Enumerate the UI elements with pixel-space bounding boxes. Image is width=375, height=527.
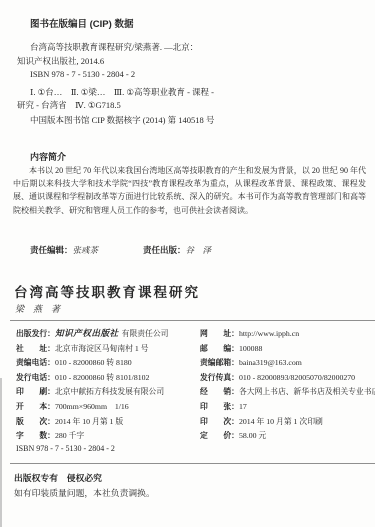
- row-value: 280 千字: [55, 429, 84, 444]
- row-label: 字 数：: [16, 429, 55, 444]
- cip-classification-line1: Ⅰ. ①台… Ⅱ. ①梁… Ⅲ. ①高等职业教育 - 课程 -: [30, 86, 214, 98]
- row-value: 北京市海淀区马甸南村 1 号: [55, 342, 149, 357]
- copyright-page: 图书在版编目 (CIP) 数据 台湾高等技职教育课程研究/梁燕著. —北京： 知…: [0, 0, 375, 527]
- editor-credit: 责任编辑：张彧茶: [30, 244, 98, 256]
- quality-notice: 如有印装质量问题，本社负责调换。: [14, 486, 155, 499]
- publisher-label: 责任出版：: [143, 245, 186, 255]
- abstract-header: 内容简介: [30, 150, 66, 163]
- row-label: 发行传真：: [200, 371, 239, 386]
- table-row: 出版发行： 知识产权出版社 有限责任公司 网 址： http://www.ipp…: [16, 327, 372, 342]
- isbn-bottom: ISBN 978 - 7 - 5130 - 2804 - 2: [16, 444, 115, 453]
- row-value: 010 - 82000893/82005070/82000270: [239, 371, 355, 386]
- row-label: 责编电话：: [16, 356, 55, 371]
- cip-publisher-line: 知识产权出版社, 2014.6: [17, 55, 104, 67]
- row-label: 开 本：: [16, 400, 55, 415]
- cip-header: 图书在版编目 (CIP) 数据: [30, 16, 133, 30]
- row-label: 责编邮箱：: [200, 356, 239, 371]
- cip-title-line: 台湾高等技职教育课程研究/梁燕著. —北京：: [30, 41, 198, 53]
- table-row: 责编电话： 010 - 82000860 转 8180 责编邮箱： baina3…: [16, 356, 372, 371]
- row-label: 经 销：: [200, 385, 239, 400]
- row-value: 010 - 82000860 转 8101/8102: [55, 371, 149, 386]
- row-value: 010 - 82000860 转 8180: [55, 356, 132, 371]
- row-label: 印 张：: [200, 400, 239, 415]
- row-value: 2014 年 10 月第 1 版: [55, 415, 123, 430]
- row-value: 700mm×960mm 1/16: [55, 400, 129, 415]
- cip-classification-line2: 研究 - 台湾省 Ⅳ. ①G718.5: [17, 99, 121, 111]
- cip-isbn: ISBN 978 - 7 - 5130 - 2804 - 2: [30, 69, 135, 79]
- scan-edge-shadow: [0, 378, 2, 527]
- row-value: 各大网上书店、新华书店及相关专业书店: [239, 385, 375, 400]
- table-row: 字 数： 280 千字 定 价： 58.00 元: [16, 429, 372, 444]
- divider-top: [10, 320, 375, 321]
- divider-bottom: [10, 463, 375, 464]
- row-label: 定 价：: [200, 429, 239, 444]
- publisher-signature: 知识产权出版社: [55, 327, 119, 342]
- editor-name: 张彧茶: [73, 245, 99, 255]
- table-row: 印 刷： 北京中献拓方科技发展有限公司 经 销： 各大网上书店、新华书店及相关专…: [16, 385, 372, 400]
- row-label: 网 址：: [200, 327, 239, 342]
- editor-label: 责任编辑：: [30, 245, 73, 255]
- row-value: 17: [239, 400, 247, 415]
- row-value: 100088: [239, 342, 262, 357]
- table-row: 版 次： 2014 年 10 月第 1 版 印 次： 2014 年 10 月第 …: [16, 415, 372, 430]
- book-author: 梁 燕 著: [15, 302, 60, 315]
- cip-record-number: 中国版本图书馆 CIP 数据核字 (2014) 第 140518 号: [30, 114, 214, 126]
- row-label: 出版发行：: [16, 327, 55, 342]
- row-label: 版 次：: [16, 415, 55, 430]
- table-row: 发行电话： 010 - 82000860 转 8101/8102 发行传真： 0…: [16, 371, 372, 386]
- book-title: 台湾高等技职教育课程研究: [14, 281, 200, 301]
- publisher-name: 谷 泽: [186, 245, 212, 255]
- publisher-url: http://www.ipph.cn: [239, 327, 299, 342]
- copyright-notice: 出版权专有 侵权必究: [14, 471, 102, 484]
- row-value: 2014 年 10 月第 1 次印刷: [239, 415, 323, 430]
- abstract-text: 本书以 20 世纪 70 年代以来我国台湾地区高等技职教育的产生和发展为背景，以…: [13, 164, 366, 217]
- row-label: 发行电话：: [16, 371, 55, 386]
- row-value: 北京中献拓方科技发展有限公司: [55, 385, 164, 400]
- row-label: 印 刷：: [16, 385, 55, 400]
- row-value: 有限责任公司: [122, 327, 169, 342]
- table-row: 开 本： 700mm×960mm 1/16 印 张： 17: [16, 400, 372, 415]
- publication-info-table: 出版发行： 知识产权出版社 有限责任公司 网 址： http://www.ipp…: [16, 327, 372, 444]
- book-price: 58.00 元: [239, 429, 266, 444]
- row-label: 邮 编：: [200, 342, 239, 357]
- row-label: 社 址：: [16, 342, 55, 357]
- publisher-credit: 责任出版：谷 泽: [143, 244, 211, 256]
- row-label: 印 次：: [200, 415, 239, 430]
- table-row: 社 址： 北京市海淀区马甸南村 1 号 邮 编： 100088: [16, 342, 372, 357]
- editor-email: baina319@163.com: [239, 356, 302, 371]
